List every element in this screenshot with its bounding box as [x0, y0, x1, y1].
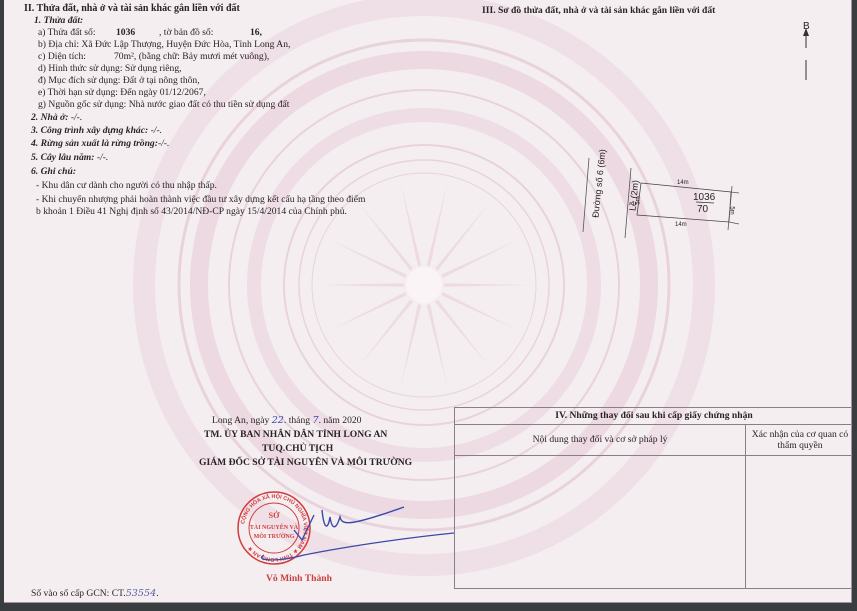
section-ii-title: II. Thửa đất, nhà ở và tài sản khác gắn … [24, 3, 240, 14]
certificate-page: II. Thửa đất, nhà ở và tài sản khác gắn … [4, 0, 852, 603]
part1-title: 1. Thửa đất: [34, 15, 83, 26]
map-sheet-value: 16, [250, 27, 262, 38]
part3-value: -/-. [151, 125, 162, 136]
registry-label: Số vào sổ cấp GCN: CT. [31, 588, 126, 599]
usage-origin: g) Nguồn gốc sử dụng: Nhà nước giao đất … [38, 99, 289, 110]
usage-form: d) Hình thức sử dụng: Sử dụng riêng, [38, 63, 182, 74]
left-width: 5m [634, 196, 645, 204]
part2-label: 2. Nhà ở: [31, 112, 68, 123]
note-1: - Khu dân cư dành cho người có thu nhập … [36, 180, 217, 191]
parcel-number-label: a) Thửa đất số: [38, 27, 96, 38]
parcel-number-value: 1036 [116, 27, 135, 38]
part6-label: 6. Ghi chú: [31, 166, 76, 177]
year-label: năm 2020 [323, 415, 361, 426]
section-iv-title: IV. Những thay đổi sau khi cấp giấy chứn… [455, 408, 852, 425]
top-length: 14m [677, 178, 689, 189]
authority-line3: GIÁM ĐỐC SỞ TÀI NGUYÊN VÀ MÔI TRƯỜNG [199, 457, 412, 468]
signer-name: Võ Minh Thành [266, 573, 332, 584]
registry-number: Số vào sổ cấp GCN: CT.53554. [31, 588, 159, 599]
column-header-changes: Nội dung thay đổi và cơ sở pháp lý [455, 424, 745, 455]
part5-label: 5. Cây lâu năm: [31, 152, 94, 163]
authority-line1: TM. ỦY BAN NHÂN DÂN TỈNH LONG AN [204, 429, 387, 440]
part4-value: -/-. [158, 138, 169, 149]
date-month: 7 [312, 415, 318, 426]
right-width: 5m [726, 206, 737, 214]
north-label: B [803, 21, 810, 32]
parcel-area: 70 [697, 204, 708, 215]
area-label: c) Diện tích: [38, 51, 86, 62]
map-sheet-label: , tờ bản đồ số: [159, 27, 213, 38]
area-value: 70m², (bằng chữ: Bảy mươi mét vuông), [114, 51, 269, 62]
note-2b: b khoản 1 Điều 41 Nghị định số 43/2014/N… [36, 206, 347, 217]
column-header-confirmation: Xác nhận của cơ quan có thẩm quyền [746, 424, 852, 455]
signature-icon [244, 495, 464, 565]
usage-term: e) Thời hạn sử dụng: Đến ngày 01/12/2067… [38, 87, 206, 98]
note-2a: - Khi chuyển nhượng phải hoàn thành việc… [36, 194, 365, 205]
part5-value: -/-. [97, 152, 108, 163]
part4-label: 4. Rừng sản xuất là rừng trồng: [31, 138, 158, 149]
address: b) Địa chỉ: Xã Đức Lập Thượng, Huyện Đức… [38, 39, 290, 50]
part3-label: 3. Công trình xây dựng khác: [31, 125, 148, 136]
bottom-length: 14m [675, 220, 687, 231]
north-arrow-icon [799, 28, 813, 83]
changes-table: IV. Những thay đổi sau khi cấp giấy chứn… [454, 407, 852, 589]
month-label: tháng [289, 415, 310, 426]
registry-value: 53554 [126, 588, 157, 599]
place-date: Long An, ngày 22. tháng 7. năm 2020 [212, 415, 361, 426]
usage-purpose: đ) Mục đích sử dụng: Đất ở tại nông thôn… [38, 75, 200, 86]
parcel-number: 1036 [693, 192, 715, 203]
section-iii-title: III. Sơ đồ thửa đất, nhà ở và tài sản kh… [482, 5, 715, 16]
date-prefix: Long An, ngày [212, 415, 269, 426]
part2-value: -/-. [71, 112, 82, 123]
authority-line2: TUQ.CHỦ TỊCH [262, 443, 333, 454]
date-day: 22 [272, 415, 284, 426]
parcel-diagram: Đường số 6 (6m) Lề (2m) 14m 14m 5m 5m 10… [579, 140, 769, 240]
